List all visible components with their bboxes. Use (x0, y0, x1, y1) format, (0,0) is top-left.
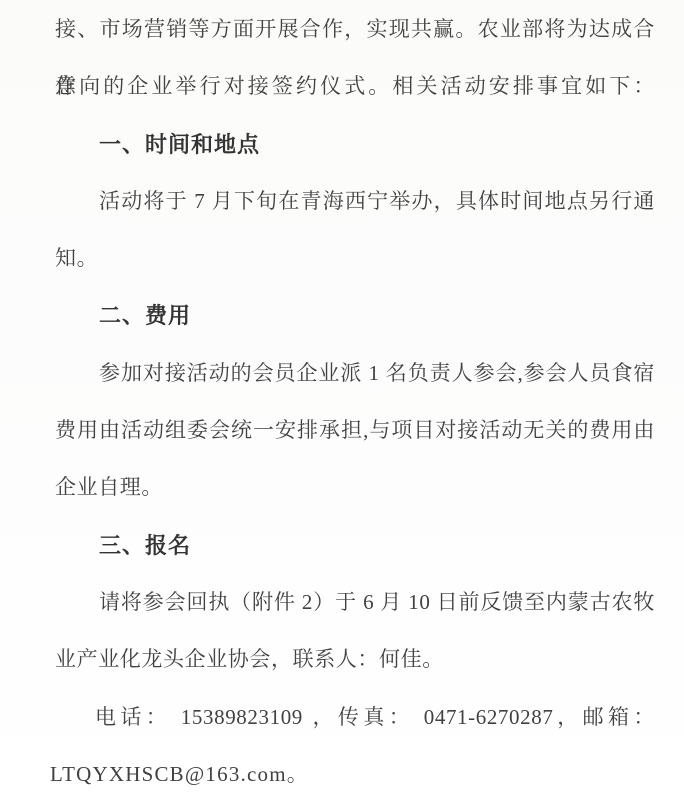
body-line-cooperation-1: 接、市场营销等方面开展合作，实现共赢。农业部将为达成合作 (55, 1, 655, 58)
body-line-contact-email: LTQYXHSCB@163.com。 (50, 746, 655, 796)
body-line-registration-1: 请将参会回执（附件 2）于 6 月 10 日前反馈至内蒙古农牧 (55, 574, 655, 631)
body-line-cooperation-2: 意向的企业举行对接签约仪式。相关活动安排事宜如下： (55, 58, 655, 115)
heading-registration: 三、报名 (55, 517, 655, 574)
body-line-fee-3: 企业自理。 (55, 459, 655, 516)
heading-fee: 二、费用 (55, 287, 655, 344)
body-line-time-1: 活动将于 7 月下旬在青海西宁举办，具体时间地点另行通 (55, 173, 655, 230)
body-line-contact-phone-fax: 电话： 15389823109 ，传真： 0471-6270287，邮箱： (55, 689, 655, 746)
scanned-document: { "document": { "lines": [ { "text": "接、… (0, 0, 684, 796)
body-line-fee-1: 参加对接活动的会员企业派 1 名负责人参会,参会人员食宿 (55, 345, 655, 402)
heading-time-location: 一、时间和地点 (55, 116, 655, 173)
body-line-time-2: 知。 (55, 230, 655, 287)
body-line-fee-2: 费用由活动组委会统一安排承担,与项目对接活动无关的费用由 (55, 402, 655, 459)
body-line-registration-2: 业产业化龙头企业协会，联系人：何佳。 (55, 631, 655, 688)
document-page: 接、市场营销等方面开展合作，实现共赢。农业部将为达成合作 意向的企业举行对接签约… (55, 1, 655, 796)
